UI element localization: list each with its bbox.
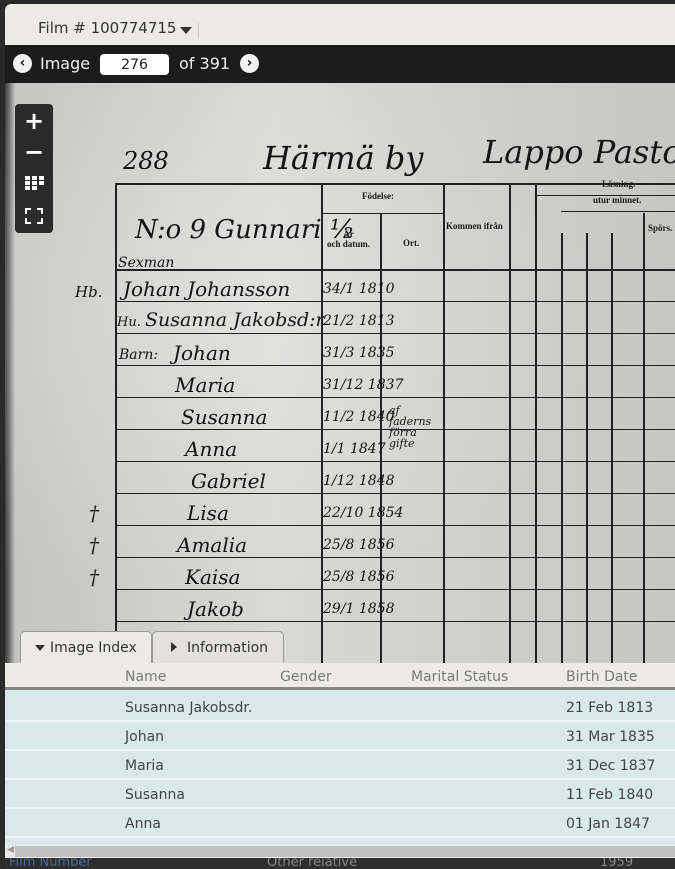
scan-entry-date: 34/1 1810 — [323, 281, 395, 297]
scan-entry-name: Jakob — [187, 597, 244, 621]
scan-rule — [115, 269, 675, 271]
image-label: Image — [40, 54, 90, 73]
scan-rule — [509, 183, 511, 663]
scan-rule — [115, 183, 117, 663]
scan-rule — [535, 183, 537, 663]
zoom-in-button[interactable]: + — [15, 106, 53, 136]
film-bar: Film # 100774715 — [5, 4, 675, 45]
scan-rule — [115, 461, 675, 462]
table-row[interactable]: Maria 31 Dec 1837 — [5, 751, 675, 780]
scan-rule — [115, 493, 675, 494]
chevron-left-icon: ‹ — [20, 55, 26, 71]
scan-entry-name: Amalia — [177, 533, 247, 557]
scan-entry-date: 11/2 1840 — [323, 409, 395, 425]
horizontal-scrollbar[interactable]: ◀ — [5, 845, 675, 858]
cell-name: Johan — [125, 729, 164, 745]
chevron-right-icon: › — [247, 55, 253, 71]
scan-deceased-mark-icon: † — [89, 533, 99, 557]
record-image-viewer[interactable]: 288 Härmä by Lappo Pastorat Födelse: År … — [5, 83, 675, 663]
scan-rule — [115, 333, 675, 334]
scan-col-lasning: Läsning. — [602, 179, 635, 189]
scan-entry-date: 29/1 1858 — [323, 601, 395, 617]
scan-entry-name: Kaisa — [185, 565, 240, 589]
scan-entry-prefix: Hb. — [75, 283, 102, 301]
cell-birth-date: 01 Jan 1847 — [566, 816, 650, 832]
film-dropdown-caret-icon[interactable] — [180, 27, 192, 34]
scan-note: af faderns förra gifte — [389, 405, 439, 449]
scan-entry-prefix: Barn: — [119, 347, 158, 363]
scan-rule — [115, 621, 675, 622]
film-number-label: Film # 100774715 — [38, 19, 176, 37]
scan-rule — [611, 233, 613, 663]
column-header-name[interactable]: Name — [125, 669, 166, 685]
scan-rule — [115, 397, 675, 398]
minus-icon: − — [24, 138, 44, 166]
scan-entry-date: 1/12 1848 — [323, 473, 395, 489]
scan-entry-name: Johan — [173, 341, 231, 365]
image-total-label: of 391 — [179, 54, 230, 73]
scan-deceased-mark-icon: † — [89, 565, 99, 589]
table-row[interactable]: Anna 01 Jan 1847 — [5, 809, 675, 838]
column-header-birth-date[interactable]: Birth Date — [566, 669, 638, 685]
scrollbar-thumb[interactable] — [15, 846, 675, 857]
scan-col-spor: Spörs. mål. — [648, 223, 675, 233]
next-image-button[interactable]: › — [240, 54, 259, 73]
year-text: 1959 — [600, 858, 633, 865]
column-header-marital-status[interactable]: Marital Status — [411, 669, 508, 685]
scan-place-heading: Härmä by — [263, 139, 423, 177]
image-navigation-bar: ‹ Image of 391 › — [5, 45, 675, 83]
scan-page-number: 288 — [123, 147, 169, 175]
scan-entry-name: Lisa — [187, 501, 229, 525]
scan-entry-date: 25/8 1856 — [323, 537, 395, 553]
triangle-down-icon — [35, 645, 45, 651]
cell-name: Susanna Jakobsdr. — [125, 700, 252, 716]
obscured-content-below: Film Number Other relative 1959 — [5, 858, 675, 865]
scan-entry-name: Susanna Jakobsd:r — [145, 309, 325, 331]
scan-rule — [586, 233, 588, 663]
scan-rule — [115, 301, 675, 302]
zoom-out-button[interactable]: − — [15, 137, 53, 167]
scan-entry-name: Maria — [175, 373, 235, 397]
scan-rule — [561, 233, 563, 663]
fullscreen-button[interactable] — [15, 200, 53, 230]
cell-birth-date: 21 Feb 1813 — [566, 700, 653, 716]
scroll-left-arrow-icon[interactable]: ◀ — [7, 845, 14, 855]
scan-entry-date: 31/3 1835 — [323, 345, 395, 361]
table-row[interactable]: Susanna 11 Feb 1840 — [5, 780, 675, 809]
scan-entry-name: Anna — [185, 437, 237, 461]
zoom-controls: + − — [15, 104, 53, 233]
scan-rule — [115, 589, 675, 590]
grid-view-icon — [25, 176, 44, 190]
scan-household: N:o 9 Gunnari ½ — [135, 215, 355, 245]
scan-col-kommen: Kommen ifrån — [446, 221, 503, 231]
tab-information[interactable]: Information — [152, 631, 284, 664]
scan-entry-date: 31/12 1837 — [323, 377, 403, 393]
scan-col-ort: Ort. — [403, 238, 419, 248]
scan-entry-date: 22/10 1854 — [323, 505, 403, 521]
scan-rule — [643, 213, 645, 663]
relation-text: Other relative — [267, 858, 357, 865]
table-row[interactable]: Susanna Jakobsdr. 21 Feb 1813 — [5, 693, 675, 722]
scan-entry-name: Johan Johansson — [123, 277, 290, 301]
scan-rule — [443, 183, 445, 663]
scan-entry-name: Susanna — [181, 405, 267, 429]
scan-entry-date: 25/8 1856 — [323, 569, 395, 585]
tab-image-index[interactable]: Image Index — [20, 631, 152, 664]
scan-col-fodelse: Födelse: — [362, 191, 394, 201]
triangle-right-icon — [171, 642, 177, 652]
image-viewer-window: Film # 100774715 ‹ Image of 391 › 288 Hä… — [5, 4, 675, 865]
scan-entry-date: 21/2 1813 — [323, 313, 395, 329]
scan-rule — [115, 525, 675, 526]
column-header-gender[interactable]: Gender — [280, 669, 332, 685]
scan-rule — [321, 213, 443, 214]
film-number-link[interactable]: Film Number — [9, 858, 92, 865]
cell-name: Susanna — [125, 787, 185, 803]
tab-label: Information — [187, 632, 268, 664]
previous-image-button[interactable]: ‹ — [13, 54, 32, 73]
tab-label: Image Index — [50, 632, 137, 664]
record-scan-image: 288 Härmä by Lappo Pastorat Födelse: År … — [5, 83, 675, 663]
fullscreen-icon — [25, 208, 43, 224]
table-row[interactable]: Johan 31 Mar 1835 — [5, 722, 675, 751]
image-number-input[interactable] — [100, 54, 169, 75]
scan-entry-date: 1/1 1847 — [323, 441, 386, 457]
plus-icon: + — [24, 107, 44, 135]
grid-view-button[interactable] — [15, 168, 53, 198]
scan-deceased-mark-icon: † — [89, 501, 99, 525]
image-index-table: Name Gender Marital Status Birth Date Su… — [5, 663, 675, 846]
cell-birth-date: 31 Dec 1837 — [566, 758, 655, 774]
film-bar-divider — [198, 23, 199, 39]
scan-rule — [115, 557, 675, 558]
scan-rule — [115, 183, 675, 185]
scan-rule — [115, 365, 675, 366]
scan-entry-prefix: Hu. — [117, 315, 141, 330]
cell-name: Maria — [125, 758, 164, 774]
scan-col-utur: utur minnet. — [593, 195, 641, 205]
cell-birth-date: 31 Mar 1835 — [566, 729, 655, 745]
cell-birth-date: 11 Feb 1840 — [566, 787, 653, 803]
scan-rule — [561, 211, 675, 212]
scan-household-sub: Sexman — [118, 255, 174, 271]
cell-name: Anna — [125, 816, 161, 832]
scan-parish-heading: Lappo Pastorat — [483, 133, 675, 171]
scan-entry-name: Gabriel — [191, 469, 266, 493]
table-header: Name Gender Marital Status Birth Date — [5, 663, 675, 690]
